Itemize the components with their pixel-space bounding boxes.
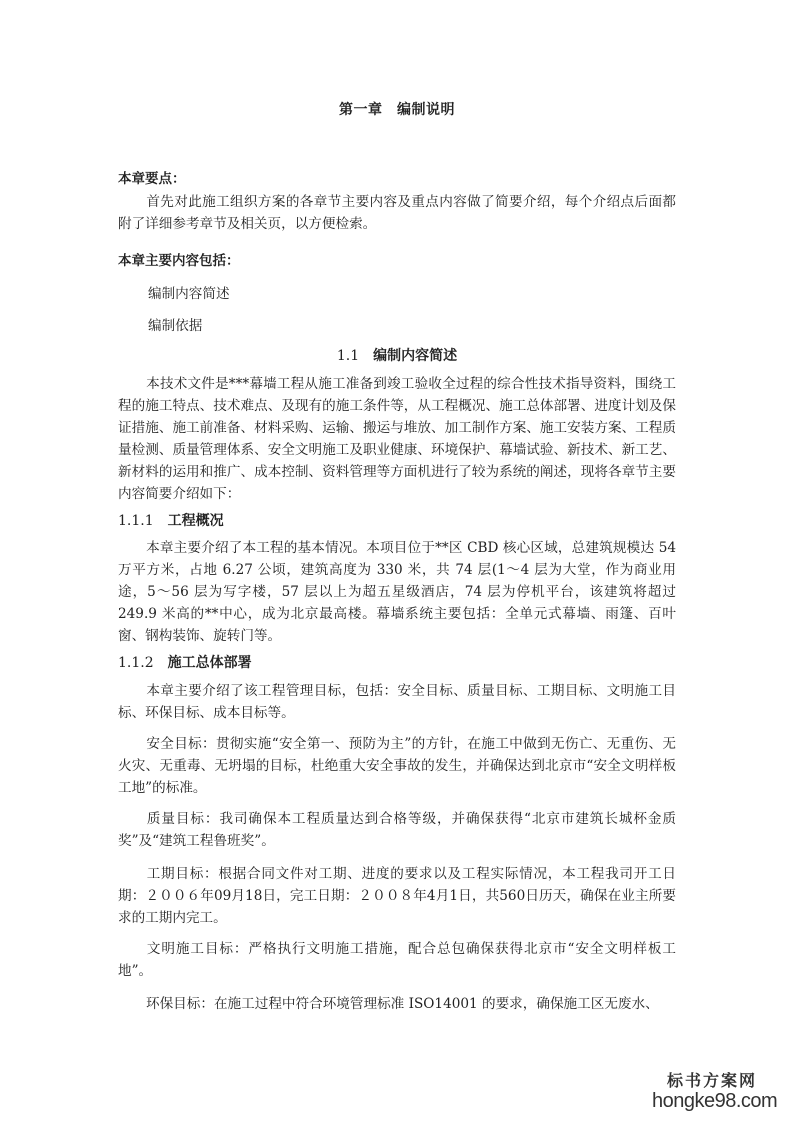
watermark-cn: 标书方案网	[652, 1068, 772, 1091]
section-number: 1.1.1	[118, 513, 154, 529]
key-points-label: 本章要点：	[118, 167, 186, 187]
watermark-en: hongke98.com	[652, 1091, 772, 1111]
section-heading-1-1-1: 1.1.1工程概况	[118, 510, 224, 530]
environmental-goal-paragraph: 环保目标：在施工过程中符合环境管理标准 ISO14001 的要求，确保施工区无废…	[118, 993, 676, 1015]
quality-goal-text: 质量目标：我司确保本工程质量达到合格等级，并确保获得“北京市建筑长城杯金质奖”及…	[118, 811, 676, 849]
section-1-1-1-paragraph: 本章主要介绍了本工程的基本情况。本项目位于**区 CBD 核心区域，总建筑规模达…	[118, 537, 676, 647]
overview-text: 本章主要介绍了该工程管理目标，包括：安全目标、质量目标、工期目标、文明施工目标、…	[118, 683, 676, 721]
contents-item-1: 编制内容简述	[148, 282, 230, 302]
contents-label: 本章主要内容包括：	[118, 249, 240, 269]
section-title: 编制内容简述	[373, 348, 457, 364]
safety-goal-text: 安全目标：贯彻实施“安全第一、预防为主”的方针，在施工中做到无伤亡、无重伤、无火…	[118, 736, 676, 796]
section-heading-1-1: 1.1编制内容简述	[118, 345, 676, 365]
section-1-1-paragraph: 本技术文件是***幕墙工程从施工准备到竣工验收全过程的综合性技术指导资料，围绕工…	[118, 373, 676, 505]
section-1-1-1-text: 本章主要介绍了本工程的基本情况。本项目位于**区 CBD 核心区域，总建筑规模达…	[118, 540, 676, 644]
key-points-paragraph: 首先对此施工组织方案的各章节主要内容及重点内容做了简要介绍，每个介绍点后面都附了…	[118, 191, 676, 235]
schedule-goal-text: 工期目标：根据合同文件对工期、进度的要求以及工程实际情况，本工程我司开工日期：２…	[118, 866, 676, 926]
section-title: 施工总体部署	[168, 655, 252, 671]
civilized-construction-goal-text: 文明施工目标：严格执行文明施工措施，配合总包确保获得北京市“安全文明样板工地”。	[118, 941, 676, 979]
chapter-title: 第一章 编制说明	[118, 99, 676, 119]
contents-item-2: 编制依据	[148, 314, 202, 334]
quality-goal-paragraph: 质量目标：我司确保本工程质量达到合格等级，并确保获得“北京市建筑长城杯金质奖”及…	[118, 808, 676, 852]
section-number: 1.1	[337, 348, 359, 364]
section-number: 1.1.2	[118, 655, 154, 671]
schedule-goal-paragraph: 工期目标：根据合同文件对工期、进度的要求以及工程实际情况，本工程我司开工日期：２…	[118, 863, 676, 929]
watermark: 标书方案网 hongke98.com	[652, 1068, 772, 1111]
overview-paragraph: 本章主要介绍了该工程管理目标，包括：安全目标、质量目标、工期目标、文明施工目标、…	[118, 680, 676, 724]
section-heading-1-1-2: 1.1.2施工总体部署	[118, 652, 252, 672]
section-title: 工程概况	[168, 513, 224, 529]
civilized-construction-goal-paragraph: 文明施工目标：严格执行文明施工措施，配合总包确保获得北京市“安全文明样板工地”。	[118, 938, 676, 982]
section-1-1-text: 本技术文件是***幕墙工程从施工准备到竣工验收全过程的综合性技术指导资料，围绕工…	[118, 376, 676, 502]
environmental-goal-text: 环保目标：在施工过程中符合环境管理标准 ISO14001 的要求，确保施工区无废…	[146, 996, 659, 1012]
key-points-text: 首先对此施工组织方案的各章节主要内容及重点内容做了简要介绍，每个介绍点后面都附了…	[118, 194, 676, 232]
safety-goal-paragraph: 安全目标：贯彻实施“安全第一、预防为主”的方针，在施工中做到无伤亡、无重伤、无火…	[118, 733, 676, 799]
